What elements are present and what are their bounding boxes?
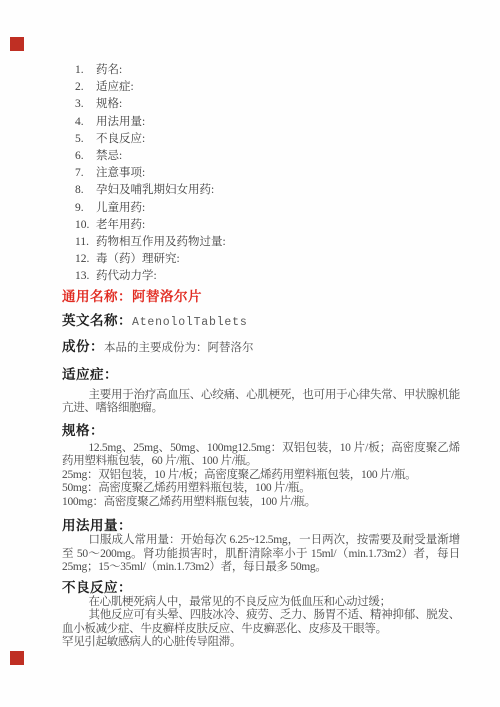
- toc-item: 8.孕妇及哺乳期妇女用药:: [75, 182, 460, 199]
- generic-name-label: 通用名称：: [62, 289, 132, 304]
- specifications-line-50mg: 50mg：高密度聚乙烯药用塑料瓶包装，100 片/瓶。: [62, 482, 460, 496]
- toc-item-label: 用法用量:: [96, 116, 145, 128]
- toc-item-label: 规格:: [96, 98, 122, 110]
- toc-item-number: 2.: [75, 79, 96, 96]
- toc-item: 3.规格:: [75, 96, 460, 113]
- toc-item-number: 3.: [75, 96, 96, 113]
- specifications-heading: 规格：: [62, 423, 460, 439]
- toc-item-label: 孕妇及哺乳期妇女用药:: [96, 184, 214, 196]
- dosage-paragraph: 口服成人常用量：开始每次 6.25~12.5mg，一日两次，按需要及耐受量渐增至…: [62, 534, 460, 575]
- toc-item-number: 1.: [75, 62, 96, 79]
- toc-item-label: 注意事项:: [96, 167, 145, 179]
- specifications-paragraph-1: 12.5mg、25mg、50mg、100mg12.5mg：双铝包装，10 片/板…: [62, 442, 460, 469]
- outline-list: 1.药名: 2.适应症: 3.规格: 4.用法用量: 5.不良反应: 6.禁忌:…: [62, 62, 460, 286]
- indications-paragraph: 主要用于治疗高血压、心绞痛、心肌梗死，也可用于心律失常、甲状腺机能亢进、嗜铬细胞…: [62, 389, 460, 416]
- ingredients-row: 成份：本品的主要成份为：阿替洛尔: [62, 339, 460, 356]
- document-content: 1.药名: 2.适应症: 3.规格: 4.用法用量: 5.不良反应: 6.禁忌:…: [62, 62, 460, 650]
- adverse-paragraph-3: 罕见引起敏感病人的心脏传导阻滞。: [62, 636, 460, 650]
- adverse-reactions-heading: 不良反应：: [62, 580, 460, 596]
- toc-item-label: 毒（药）理研究:: [96, 253, 180, 265]
- generic-name-heading: 通用名称：阿替洛尔片: [62, 289, 460, 305]
- toc-item: 11.药物相互作用及药物过量:: [75, 234, 460, 251]
- toc-item-number: 13.: [75, 268, 96, 285]
- adverse-paragraph-1: 在心肌梗死病人中，最常见的不良反应为低血压和心动过缓；: [62, 596, 460, 610]
- dosage-heading: 用法用量：: [62, 518, 460, 534]
- toc-item-number: 7.: [75, 165, 96, 182]
- red-square-marker-bottom: [10, 651, 24, 665]
- adverse-paragraph-2: 其他反应可有头晕、四肢冰冷、疲劳、乏力、肠胃不适、精神抑郁、脱发、血小板减少症、…: [62, 609, 460, 636]
- english-name-row: 英文名称：AtenololTablets: [62, 313, 460, 331]
- toc-item-number: 5.: [75, 131, 96, 148]
- toc-item: 4.用法用量:: [75, 114, 460, 131]
- toc-item-number: 11.: [75, 234, 96, 251]
- toc-item: 12.毒（药）理研究:: [75, 251, 460, 268]
- toc-item: 6.禁忌:: [75, 148, 460, 165]
- english-name-label: 英文名称：: [62, 313, 132, 328]
- toc-item: 2.适应症:: [75, 79, 460, 96]
- ingredients-label: 成份：: [62, 339, 104, 354]
- toc-item: 5.不良反应:: [75, 131, 460, 148]
- document-page: 1.药名: 2.适应症: 3.规格: 4.用法用量: 5.不良反应: 6.禁忌:…: [0, 0, 500, 707]
- toc-item-label: 药名:: [96, 64, 122, 76]
- toc-item-label: 禁忌:: [96, 150, 122, 162]
- toc-item-number: 4.: [75, 114, 96, 131]
- generic-name-value: 阿替洛尔片: [132, 289, 202, 304]
- specifications-line-25mg: 25mg：双铝包装，10 片/板；高密度聚乙烯药用塑料瓶包装，100 片/瓶。: [62, 469, 460, 483]
- english-name-value: AtenololTablets: [132, 316, 248, 329]
- toc-item: 9.儿童用药:: [75, 200, 460, 217]
- toc-item: 1.药名:: [75, 62, 460, 79]
- toc-item-label: 老年用药:: [96, 219, 145, 231]
- toc-item-number: 12.: [75, 251, 96, 268]
- indications-heading: 适应症：: [62, 367, 460, 383]
- toc-item-label: 药代动力学:: [96, 270, 157, 282]
- toc-item-label: 儿童用药:: [96, 202, 145, 214]
- toc-item-number: 8.: [75, 182, 96, 199]
- toc-item-label: 不良反应:: [96, 133, 145, 145]
- toc-item-label: 适应症:: [96, 81, 134, 93]
- toc-item-number: 6.: [75, 148, 96, 165]
- toc-item: 13.药代动力学:: [75, 268, 460, 285]
- toc-item: 7.注意事项:: [75, 165, 460, 182]
- red-square-marker-top: [10, 37, 24, 51]
- toc-item-label: 药物相互作用及药物过量:: [96, 236, 226, 248]
- toc-item-number: 9.: [75, 200, 96, 217]
- toc-item: 10.老年用药:: [75, 217, 460, 234]
- toc-item-number: 10.: [75, 217, 96, 234]
- specifications-line-100mg: 100mg：高密度聚乙烯药用塑料瓶包装，100 片/瓶。: [62, 496, 460, 510]
- ingredients-value: 本品的主要成份为：阿替洛尔: [104, 342, 254, 354]
